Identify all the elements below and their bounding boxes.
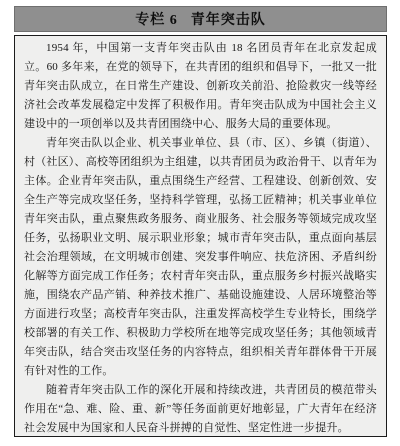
- panel-text-body: 1954 年，中国第一支青年突击队由 18 名团员青年在北京发起成立。60 多年…: [14, 35, 387, 437]
- panel-title: 青年突击队: [191, 9, 266, 29]
- paragraph-impact: 随着青年突击队工作的深化开展和持续改进，共青团员的模范带头作用在“急、难、险、重…: [24, 381, 377, 437]
- paragraph-history: 1954 年，中国第一支青年突击队由 18 名团员青年在北京发起成立。60 多年…: [24, 39, 377, 134]
- panel-column-label: 专栏 6: [135, 9, 178, 29]
- panel-title-bar: 专栏 6 青年突击队: [14, 6, 387, 32]
- paragraph-organization: 青年突击队以企业、机关事业单位、县（市、区）、乡镇（街道）、村（社区）、高校等团…: [24, 134, 377, 381]
- scanned-document-page: { "panel": { "header": { "label": "专栏 6"…: [0, 0, 400, 446]
- column-panel: 专栏 6 青年突击队 1954 年，中国第一支青年突击队由 18 名团员青年在北…: [14, 6, 387, 437]
